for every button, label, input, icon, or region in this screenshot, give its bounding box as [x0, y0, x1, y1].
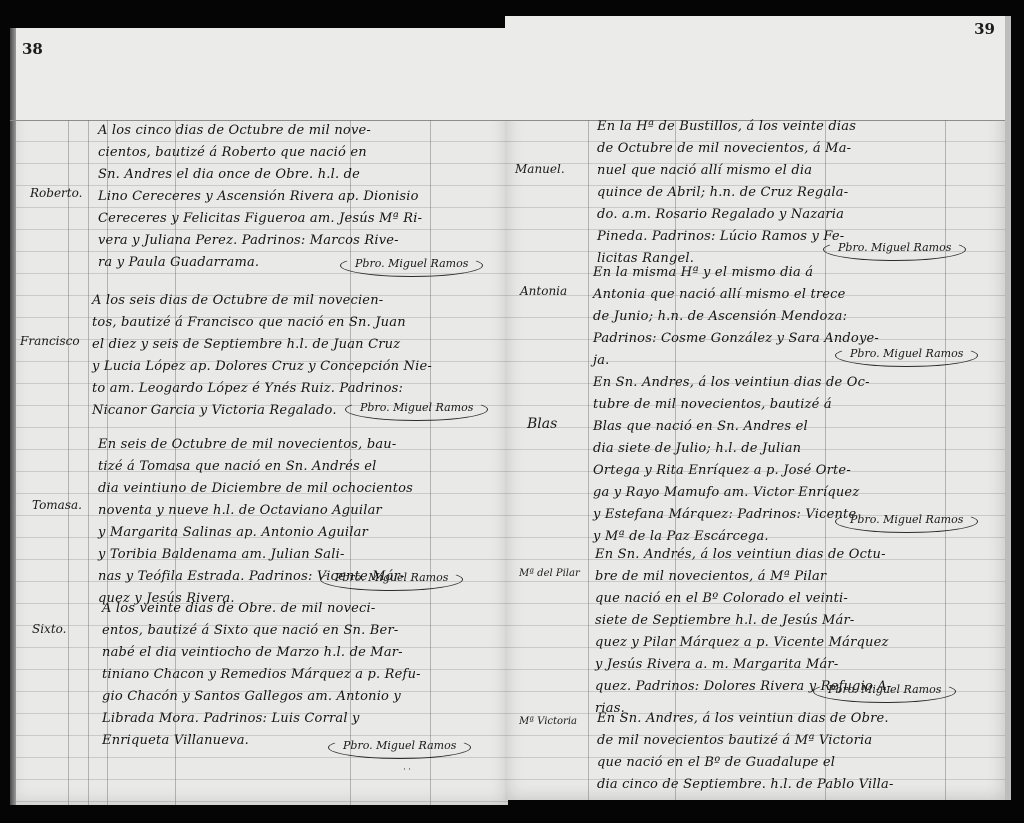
text-line: En Sn. Andres, á los veintiun dias de Oc…: [593, 372, 870, 394]
priest-signature: Pbro. Miguel Ramos: [328, 736, 471, 759]
margin-name: Antonia: [520, 284, 567, 298]
text-line: to am. Leogardo López é Ynés Ruiz. Padri…: [92, 378, 432, 400]
margin-rule: [68, 120, 69, 805]
margin-name: Sixto.: [32, 622, 66, 636]
text-line: gio Chacón y Santos Gallegos am. Antonio…: [102, 686, 421, 708]
ink-mark: ˙˙: [402, 768, 412, 779]
priest-signature: Pbro. Miguel Ramos: [835, 510, 978, 533]
margin-name: Mª del Pilar: [519, 568, 580, 579]
text-line: bre de mil novecientos, á Mª Pilar: [595, 566, 891, 588]
page-binding-edge: [10, 28, 16, 805]
entry-text: En la Hª de Bustillos, á los veinte dias…: [597, 116, 856, 270]
priest-signature: Pbro. Miguel Ramos: [813, 680, 956, 703]
text-line: Lino Cereceres y Ascensión Rivera ap. Di…: [98, 186, 422, 208]
priest-signature: Pbro. Miguel Ramos: [320, 568, 463, 591]
text-line: Ortega y Rita Enríquez a p. José Orte-: [593, 460, 870, 482]
priest-signature: Pbro. Miguel Ramos: [340, 254, 483, 277]
text-line: vera y Juliana Perez. Padrinos: Marcos R…: [98, 230, 422, 252]
header-band: [10, 28, 508, 120]
text-line: tiniano Chacon y Remedios Márquez a p. R…: [102, 664, 421, 686]
right-page: 39 Manuel. En la Hª de Bustillos, á los …: [505, 16, 1011, 800]
text-line: quez y Pilar Márquez a p. Vicente Márque…: [595, 632, 891, 654]
text-line: tizé á Tomasa que nació en Sn. Andrés el: [98, 456, 413, 478]
text-line: nuel que nació allí mismo el dia: [597, 160, 856, 182]
text-line: Padrinos: Cosme González y Sara Andoye-: [593, 328, 879, 350]
margin-name: Tomasa.: [32, 498, 82, 512]
text-line: quince de Abril; h.n. de Cruz Regala-: [597, 182, 856, 204]
text-line: Cereceres y Felicitas Figueroa am. Jesús…: [98, 208, 422, 230]
text-line: dia veintiuno de Diciembre de mil ochoci…: [98, 478, 413, 500]
text-line: En la misma Hª y el mismo dia á: [593, 262, 879, 284]
text-line: ga y Rayo Mamufo am. Victor Enríquez: [593, 482, 870, 504]
text-line: do. a.m. Rosario Regalado y Nazaria: [597, 204, 856, 226]
text-line: nabé el dia veintiocho de Marzo h.l. de …: [102, 642, 421, 664]
margin-name: Blas: [527, 416, 557, 432]
text-line: dia cinco de Septiembre. h.l. de Pablo V…: [597, 774, 894, 796]
text-line: noventa y nueve h.l. de Octaviano Aguila…: [98, 500, 413, 522]
margin-name: Roberto.: [30, 186, 82, 200]
text-line: entos, bautizé á Sixto que nació en Sn. …: [102, 620, 421, 642]
text-line: tos, bautizé á Francisco que nació en Sn…: [92, 312, 432, 334]
entry-text: A los cinco dias de Octubre de mil nove-…: [98, 120, 422, 274]
page-number: 38: [22, 40, 43, 58]
text-line: tubre de mil novecientos, bautizé á: [593, 394, 870, 416]
column-rule: [430, 120, 431, 805]
priest-signature: Pbro. Miguel Ramos: [823, 238, 966, 261]
text-line: A los cinco dias de Octubre de mil nove-: [98, 120, 422, 142]
text-line: el diez y seis de Septiembre h.l. de Jua…: [92, 334, 432, 356]
text-line: En la Hª de Bustillos, á los veinte dias: [597, 116, 856, 138]
priest-signature: Pbro. Miguel Ramos: [835, 344, 978, 367]
text-line: A los veinte dias de Obre. de mil noveci…: [102, 598, 421, 620]
text-line: y Estefana Márquez: Padrinos: Vicente: [593, 504, 870, 526]
text-line: cientos, bautizé á Roberto que nació en: [98, 142, 422, 164]
margin-name: Mª Victoria: [519, 716, 577, 727]
text-line: Pineda. Padrinos: Lúcio Ramos y Fe-: [597, 226, 856, 248]
margin-name: Francisco: [20, 334, 80, 348]
text-line: En Sn. Andrés, á los veintiun dias de Oc…: [595, 544, 891, 566]
text-line: dia siete de Julio; h.l. de Julian: [593, 438, 870, 460]
margin-name: Manuel.: [515, 162, 565, 176]
margin-rule: [588, 120, 589, 800]
header-band: [505, 16, 1005, 120]
text-line: siete de Septiembre h.l. de Jesús Már-: [595, 610, 891, 632]
text-line: que nació en el Bº de Guadalupe el: [597, 752, 894, 774]
priest-signature: Pbro. Miguel Ramos: [345, 398, 488, 421]
text-line: En Sn. Andres, á los veintiun dias de Ob…: [597, 708, 894, 730]
left-page: 38 Roberto. A los cinco dias de Octubre …: [10, 28, 508, 805]
entry-text: A los veinte dias de Obre. de mil noveci…: [102, 598, 421, 752]
text-line: Blas que nació en Sn. Andres el: [593, 416, 870, 438]
text-line: En seis de Octubre de mil novecientos, b…: [98, 434, 413, 456]
page-number: 39: [974, 20, 995, 38]
column-rule: [945, 120, 946, 800]
text-line: de Octubre de mil novecientos, á Ma-: [597, 138, 856, 160]
text-line: que nació en el Bº Colorado el veinti-: [595, 588, 891, 610]
text-line: Sn. Andres el dia once de Obre. h.l. de: [98, 164, 422, 186]
text-line: Librada Mora. Padrinos: Luis Corral y: [102, 708, 421, 730]
text-line: y Lucia López ap. Dolores Cruz y Concepc…: [92, 356, 432, 378]
text-line: y Margarita Salinas ap. Antonio Aguilar: [98, 522, 413, 544]
margin-rule: [88, 120, 89, 805]
text-line: A los seis dias de Octubre de mil noveci…: [92, 290, 432, 312]
text-line: de Junio; h.n. de Ascensión Mendoza:: [593, 306, 879, 328]
text-line: de mil novecientos bautizé á Mª Victoria: [597, 730, 894, 752]
text-line: Antonia que nació allí mismo el trece: [593, 284, 879, 306]
text-line: y Toribia Baldenama am. Julian Sali-: [98, 544, 413, 566]
text-line: y Jesús Rivera a. m. Margarita Már-: [595, 654, 891, 676]
entry-text: En Sn. Andres, á los veintiun dias de Ob…: [597, 708, 894, 796]
entry-text: En Sn. Andres, á los veintiun dias de Oc…: [593, 372, 870, 548]
